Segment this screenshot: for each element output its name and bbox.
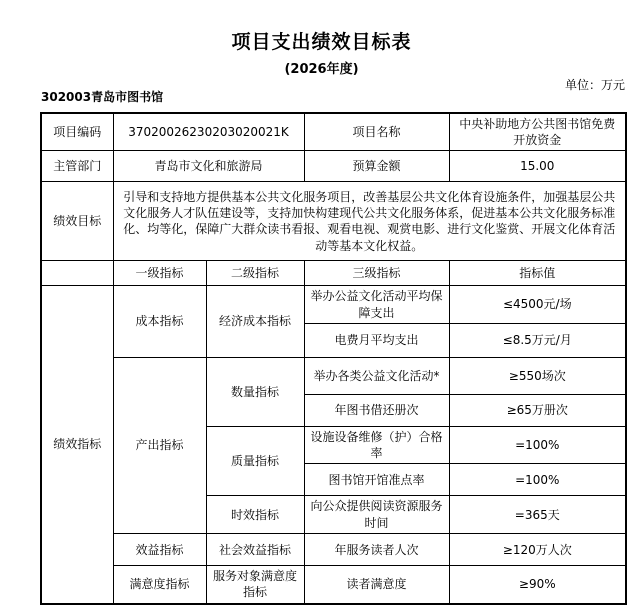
indicator-value-cell: =100% xyxy=(449,464,626,496)
indicator-value-cell: =100% xyxy=(449,426,626,463)
indicator-value-cell: ≥90% xyxy=(449,566,626,604)
goal-text-cell: 引导和支持地方提供基本公共文化服务项目，改善基层公共文化体育设施条件，加强基层公… xyxy=(113,182,626,261)
level2-service-satisfaction-cell: 服务对象满意度指标 xyxy=(206,566,304,604)
table-row: 绩效目标 引导和支持地方提供基本公共文化服务项目，改善基层公共文化体育设施条件，… xyxy=(41,182,626,261)
level1-benefit-cell: 效益指标 xyxy=(113,534,206,566)
level2-quantity-cell: 数量指标 xyxy=(206,357,304,426)
indicator-value-cell: ≤8.5万元/月 xyxy=(449,323,626,357)
level2-economic-cost-cell: 经济成本指标 xyxy=(206,286,304,357)
section-label-cell: 绩效指标 xyxy=(41,286,113,604)
budget-label-cell: 预算金额 xyxy=(304,151,449,182)
org-code-name: 302003青岛市图书馆 xyxy=(41,88,163,105)
department-label-cell: 主管部门 xyxy=(41,151,113,182)
goal-label-cell: 绩效目标 xyxy=(41,182,113,261)
level2-timeliness-cell: 时效指标 xyxy=(206,496,304,534)
level1-output-cell: 产出指标 xyxy=(113,357,206,533)
indicator-name-cell: 向公众提供阅读资源服务时间 xyxy=(304,496,449,534)
indicator-row: 产出指标 数量指标 举办各类公益文化活动* ≥550场次 xyxy=(41,357,626,394)
header-value-cell: 指标值 xyxy=(449,261,626,286)
page-title: 项目支出绩效目标表 xyxy=(0,27,643,54)
budget-value-cell: 15.00 xyxy=(449,151,626,182)
indicator-value-cell: ≥120万人次 xyxy=(449,534,626,566)
indicator-name-cell: 举办各类公益文化活动* xyxy=(304,357,449,394)
level2-quality-cell: 质量指标 xyxy=(206,426,304,495)
unit-label: 单位：万元 xyxy=(565,76,625,93)
indicator-name-cell: 年图书借还册次 xyxy=(304,394,449,426)
header-level1-cell: 一级指标 xyxy=(113,261,206,286)
corner-empty-cell xyxy=(41,261,113,286)
header-level3-cell: 三级指标 xyxy=(304,261,449,286)
indicator-row: 满意度指标 服务对象满意度指标 读者满意度 ≥90% xyxy=(41,566,626,604)
indicator-name-cell: 电费月平均支出 xyxy=(304,323,449,357)
table-row: 项目编码 37020026230203020021K 项目名称 中央补助地方公共… xyxy=(41,113,626,151)
table-row: 主管部门 青岛市文化和旅游局 预算金额 15.00 xyxy=(41,151,626,182)
level1-satisfaction-cell: 满意度指标 xyxy=(113,566,206,604)
project-code-label-cell: 项目编码 xyxy=(41,113,113,151)
document-page: 项目支出绩效目标表 (2026年度) 单位：万元 302003青岛市图书馆 项目… xyxy=(0,0,643,611)
indicator-name-cell: 年服务读者人次 xyxy=(304,534,449,566)
header-level2-cell: 二级指标 xyxy=(206,261,304,286)
project-code-value-cell: 37020026230203020021K xyxy=(113,113,304,151)
level1-cost-cell: 成本指标 xyxy=(113,286,206,357)
department-value-cell: 青岛市文化和旅游局 xyxy=(113,151,304,182)
indicator-name-cell: 读者满意度 xyxy=(304,566,449,604)
indicator-row: 效益指标 社会效益指标 年服务读者人次 ≥120万人次 xyxy=(41,534,626,566)
project-name-value-cell: 中央补助地方公共图书馆免费开放资金 xyxy=(449,113,626,151)
project-name-label-cell: 项目名称 xyxy=(304,113,449,151)
indicator-name-cell: 设施设备维修（护）合格率 xyxy=(304,426,449,463)
indicator-value-cell: ≤4500元/场 xyxy=(449,286,626,323)
indicator-row: 绩效指标 成本指标 经济成本指标 举办公益文化活动平均保障支出 ≤4500元/场 xyxy=(41,286,626,323)
indicator-header-row: 一级指标 二级指标 三级指标 指标值 xyxy=(41,261,626,286)
performance-target-table: 项目编码 37020026230203020021K 项目名称 中央补助地方公共… xyxy=(40,112,627,605)
page-subtitle-year: (2026年度) xyxy=(0,58,643,77)
indicator-value-cell: ≥550场次 xyxy=(449,357,626,394)
indicator-name-cell: 图书馆开馆准点率 xyxy=(304,464,449,496)
indicator-value-cell: =365天 xyxy=(449,496,626,534)
level2-social-benefit-cell: 社会效益指标 xyxy=(206,534,304,566)
indicator-name-cell: 举办公益文化活动平均保障支出 xyxy=(304,286,449,323)
indicator-value-cell: ≥65万册次 xyxy=(449,394,626,426)
